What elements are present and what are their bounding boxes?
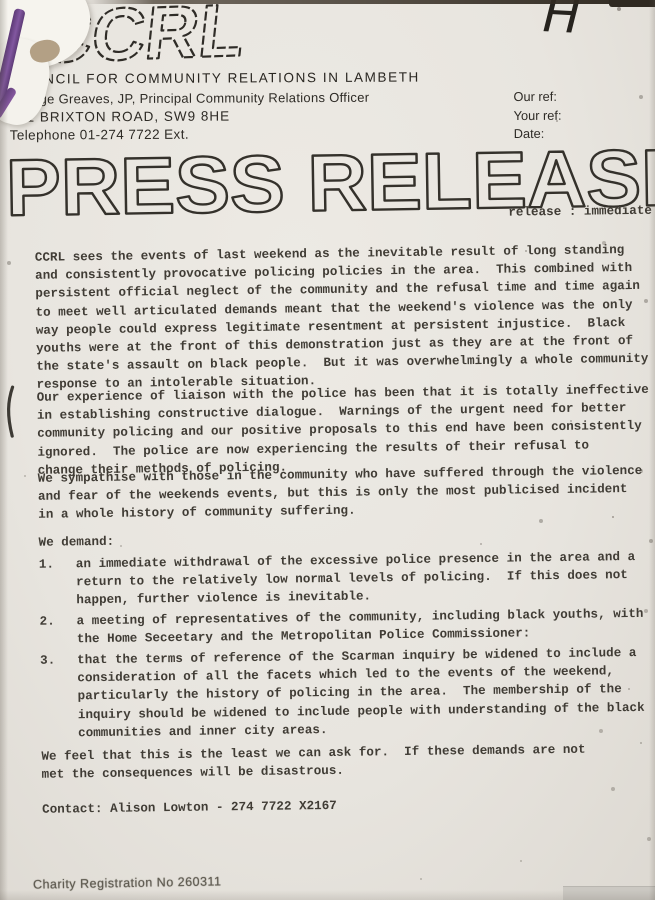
demand-item-3: 3. that the terms of reference of the Sc… xyxy=(40,644,645,743)
handwritten-h-mark: H xyxy=(542,0,582,41)
closing-paragraph: We feel that this is the least we can as… xyxy=(41,741,586,785)
demand-item-2: 2. a meeting of representatives of the c… xyxy=(40,605,644,649)
scan-top-right-edge xyxy=(609,0,655,7)
scanned-press-release-page: CCRL H COUNCIL FOR COMMUNITY RELATIONS I… xyxy=(0,0,655,900)
pen-mark xyxy=(3,384,22,440)
demand-item-1: 1. an immediate withdrawal of the excess… xyxy=(39,548,636,610)
demand-3-text: that the terms of reference of the Scarm… xyxy=(77,644,645,742)
pen-mark-stroke xyxy=(8,387,13,436)
demand-1-number: 1. xyxy=(39,555,76,574)
demand-3-number: 3. xyxy=(40,651,77,670)
body-paragraph-1: CCRL sees the events of last weekend as … xyxy=(35,241,649,395)
demand-2-number: 2. xyxy=(40,612,77,631)
contact-line: Contact: Alison Lowton - 274 7722 X2167 xyxy=(42,797,337,819)
body-paragraph-3: We sympathise with those in the communit… xyxy=(38,462,643,525)
demand-2-text: a meeting of representatives of the comm… xyxy=(77,605,644,649)
treasury-tag xyxy=(0,0,130,140)
release-immediate-line: release : immediate xyxy=(508,202,652,222)
demand-1-text: an immediate withdrawal of the excessive… xyxy=(76,548,636,610)
scan-top-edge xyxy=(85,0,655,4)
demands-heading: We demand: xyxy=(38,533,114,552)
